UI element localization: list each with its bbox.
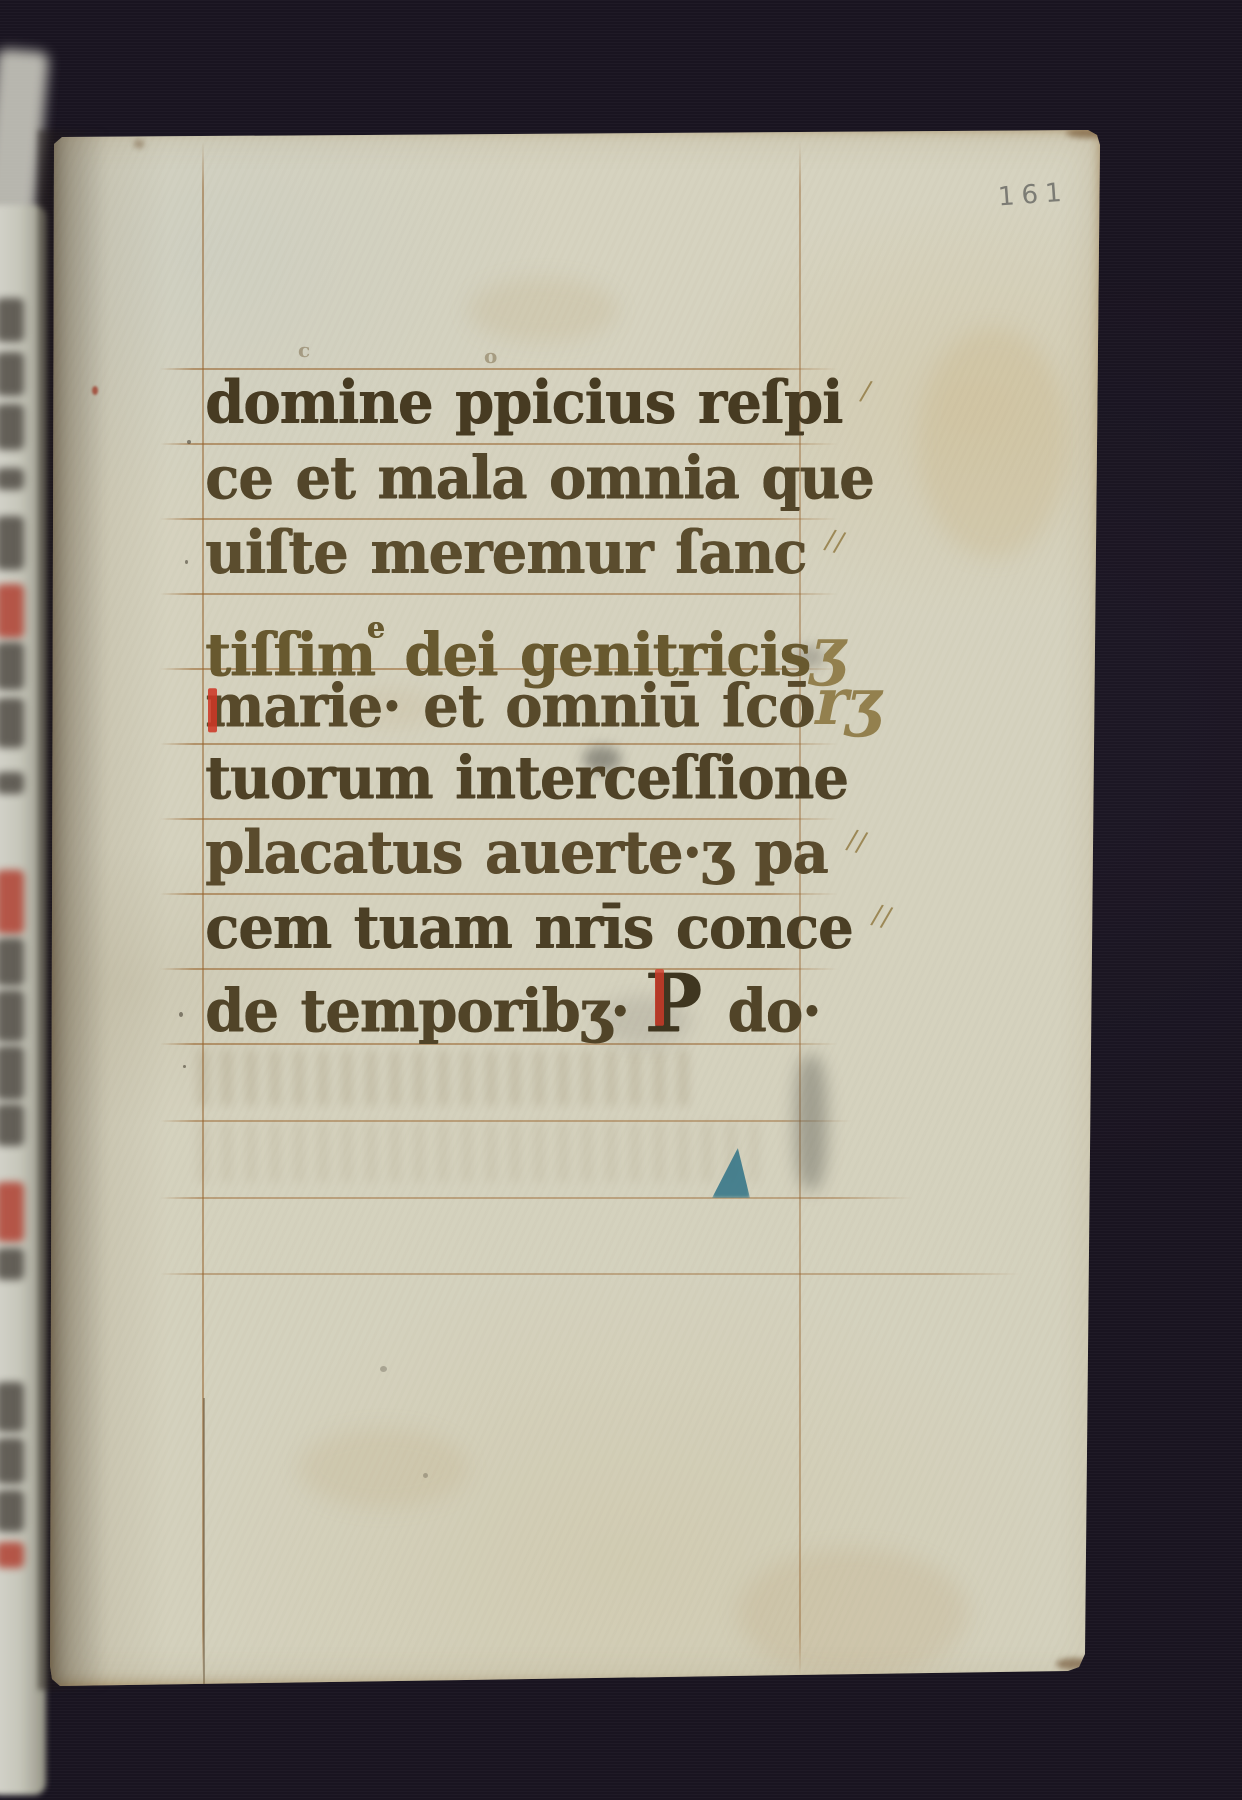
edge-browning: [48, 128, 1102, 1688]
manuscript-page: 161 c o domine ppicius reſpi/ ce et mala…: [48, 128, 1102, 1688]
gutter-shadow: [38, 130, 108, 1690]
manuscript-photo: 161 c o domine ppicius reſpi/ ce et mala…: [0, 0, 1242, 1800]
